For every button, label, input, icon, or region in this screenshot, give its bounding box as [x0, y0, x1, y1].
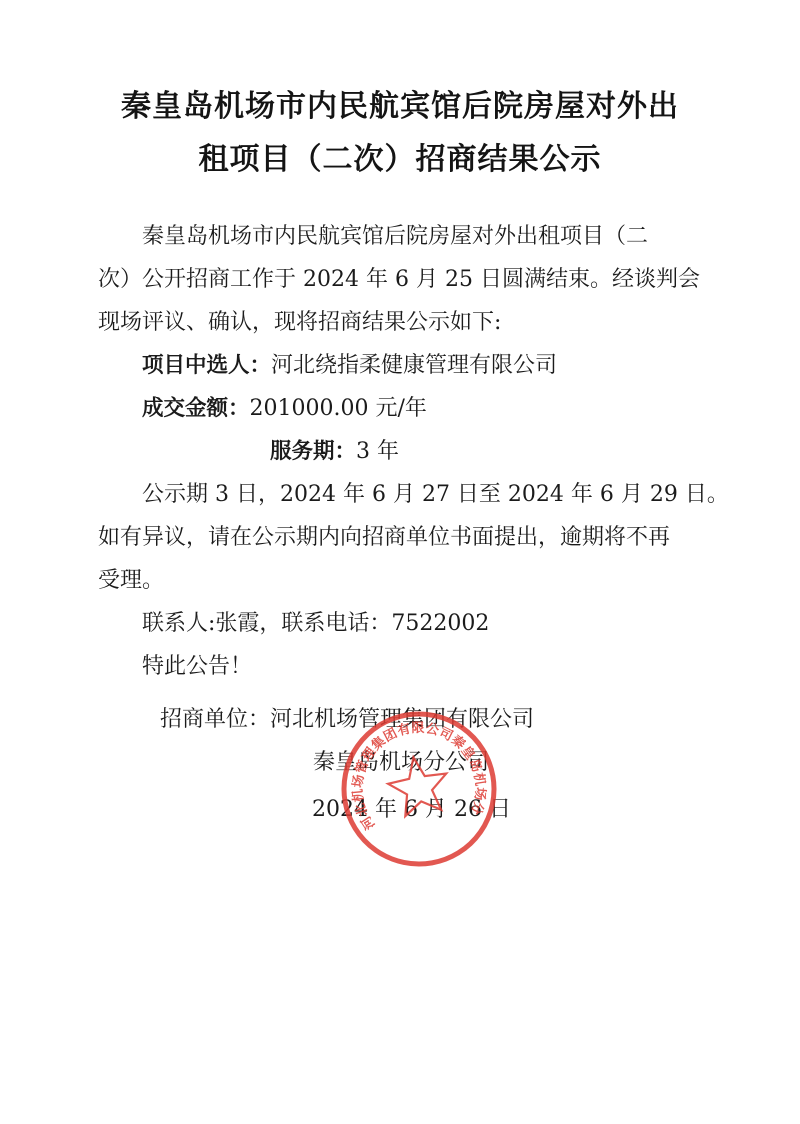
intro-line-3: 现场评议、确认，现将招商结果公示如下: — [98, 301, 712, 344]
title-line-1: 秦皇岛机场市内民航宾馆后院房屋对外出 — [0, 80, 800, 133]
intro-line-1: 秦皇岛机场市内民航宾馆后院房屋对外出租项目（二 — [98, 215, 712, 258]
intro-line-2: 次）公开招商工作于 2024 年 6 月 25 日圆满结束。经谈判会 — [98, 258, 712, 301]
signature-date-line: 2024 年 6 月 26 日 — [98, 788, 712, 831]
period-line-2: 如有异议，请在公示期内向招商单位书面提出，逾期将不再 — [98, 516, 712, 559]
period-line-3: 受理。 — [98, 559, 712, 602]
amount-value: 201000.00 元/年 — [250, 396, 427, 421]
signature-branch-line: 秦皇岛机场分公司 — [98, 741, 712, 784]
service-label: 服务期： — [270, 439, 356, 463]
signature-block: 招商单位：河北机场管理集团有限公司 秦皇岛机场分公司 2024 年 6 月 26… — [98, 698, 712, 831]
service-line: 服务期：3 年 — [98, 430, 712, 473]
winner-line: 项目中选人：河北绕指柔健康管理有限公司 — [98, 344, 712, 387]
signature-org-line: 招商单位：河北机场管理集团有限公司 — [98, 698, 712, 741]
winner-label: 项目中选人： — [142, 353, 271, 377]
winner-value: 河北绕指柔健康管理有限公司 — [271, 353, 557, 378]
title-line-2: 租项目（二次）招商结果公示 — [0, 133, 800, 186]
contact-line: 联系人:张霞，联系电话：7522002 — [98, 602, 712, 645]
closing-line: 特此公告！ — [98, 645, 712, 688]
amount-line: 成交金额：201000.00 元/年 — [98, 387, 712, 430]
document-body: 秦皇岛机场市内民航宾馆后院房屋对外出租项目（二 次）公开招商工作于 2024 年… — [0, 215, 800, 831]
document-title: 秦皇岛机场市内民航宾馆后院房屋对外出 租项目（二次）招商结果公示 — [0, 0, 800, 186]
document-page: 秦皇岛机场市内民航宾馆后院房屋对外出 租项目（二次）招商结果公示 秦皇岛机场市内… — [0, 0, 800, 1124]
amount-label: 成交金额： — [142, 396, 250, 420]
service-value: 3 年 — [356, 439, 399, 464]
period-line-1: 公示期 3 日，2024 年 6 月 27 日至 2024 年 6 月 29 日… — [98, 473, 712, 516]
